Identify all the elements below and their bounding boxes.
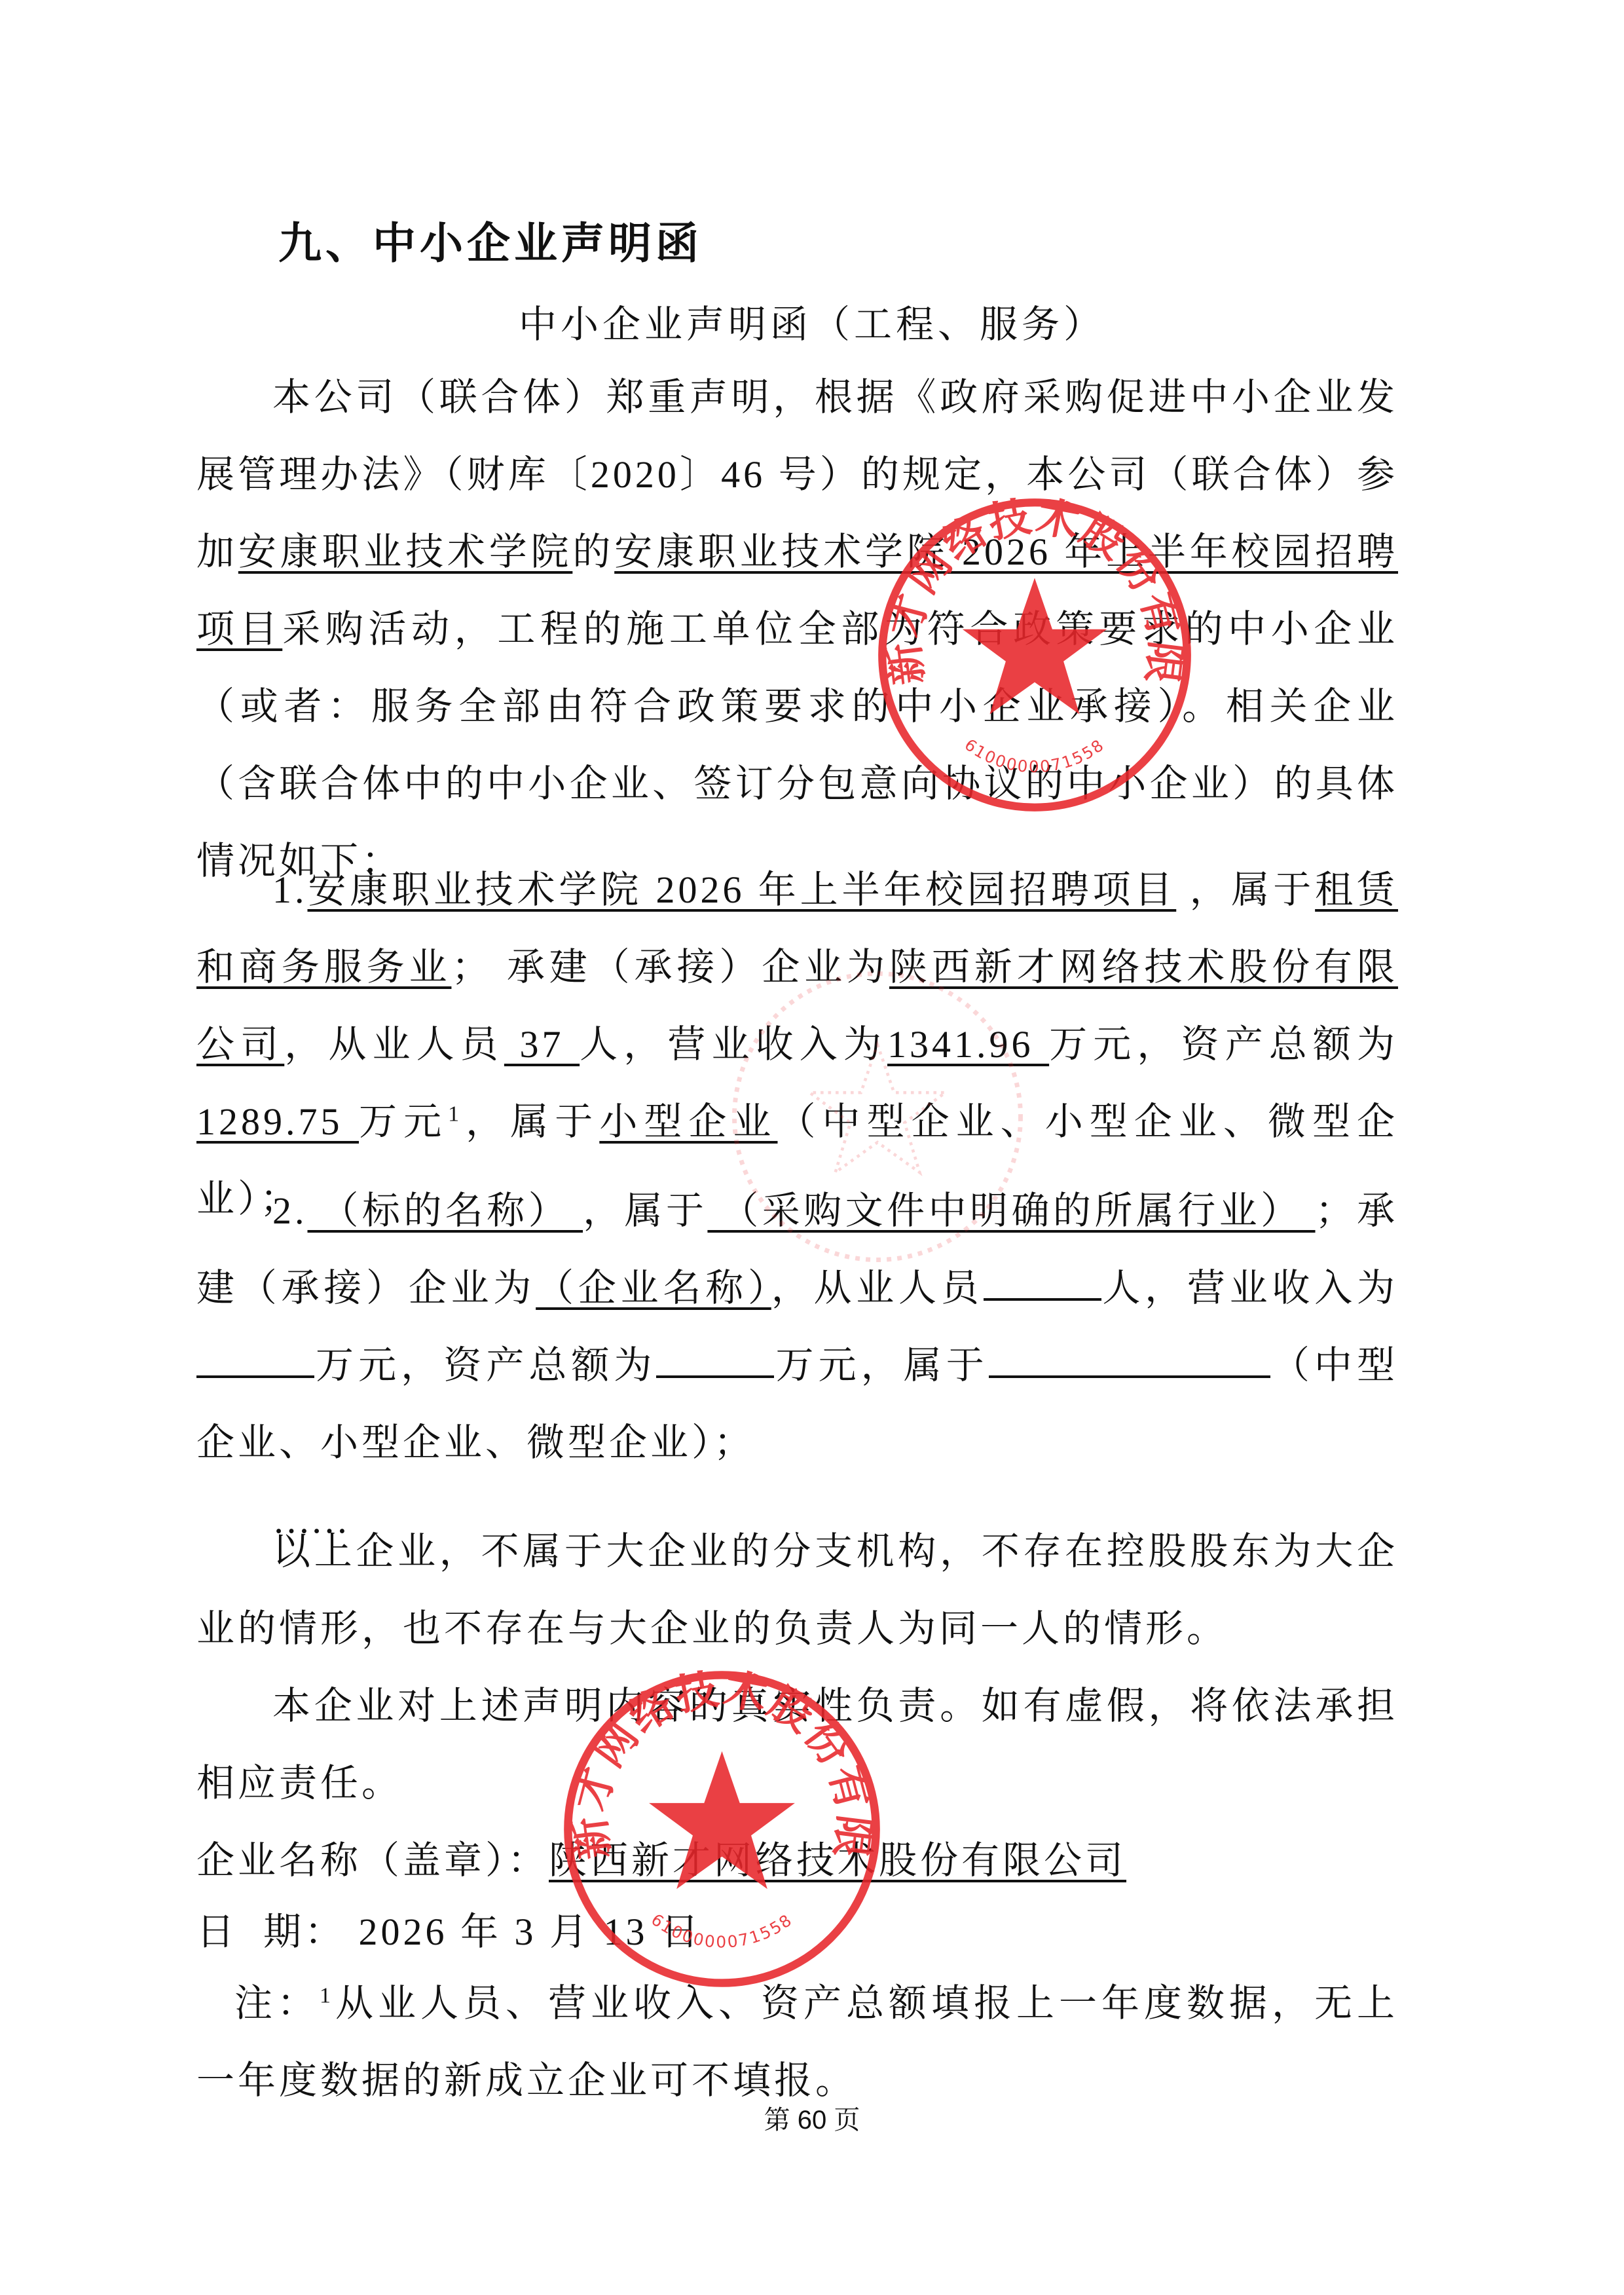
item1-text: ； 承建（承接）企业为: [451, 946, 889, 988]
revenue-blank: [196, 1344, 314, 1378]
item2-text: ，从业人员: [771, 1267, 984, 1309]
item1-assets: 1289.75: [196, 1100, 359, 1143]
item1-text: 人，营业收入为: [580, 1023, 887, 1066]
assets-blank: [656, 1344, 774, 1378]
item2-subject-placeholder: （标的名称）: [308, 1189, 583, 1232]
purchaser-name: 安康职业技术学院: [238, 531, 573, 573]
footnote-paragraph: 注：1从业人员、营业收入、资产总额填报上一年度数据，无上一年度数据的新成立企业可…: [196, 1965, 1398, 2119]
item2-text: 人，营业收入为: [1101, 1267, 1398, 1309]
item1-subject: 安康职业技术学院 2026 年上半年校园招聘项目: [308, 868, 1177, 911]
date-line: 日 期： 2026 年 3 月 13 日: [196, 1899, 1398, 1965]
date-value: 2026 年 3 月 13 日: [346, 1911, 702, 1953]
company-signature-line: 企业名称（盖章）：陕西新才网络技术股份有限公司: [196, 1822, 1398, 1899]
item2-industry-placeholder: （采购文件中明确的所属行业）: [707, 1189, 1315, 1232]
statement-block: 以上企业，不属于大企业的分支机构，不存在控股股东为大企业的情形，也不存在与大企业…: [196, 1513, 1398, 2119]
intro-text-3: 采购活动，工程的施工单位全部为符合政策要求的中小企业（或者：服务全部由符合政策要…: [196, 608, 1398, 882]
note-text: 从业人员、营业收入、资产总额填报上一年度数据，无上一年度数据的新成立企业可不填报…: [196, 1982, 1398, 2102]
note-label: 注：: [234, 1982, 320, 2024]
footnote-mark: 1: [448, 1102, 462, 1127]
not-branch-paragraph: 以上企业，不属于大企业的分支机构，不存在控股股东为大企业的情形，也不存在与大企业…: [196, 1513, 1398, 1668]
intro-text-2: 的: [572, 531, 614, 573]
item2-text: ，属于: [583, 1189, 707, 1232]
item1-number: 1.: [272, 868, 308, 911]
section-heading: 九、中小企业声明函: [278, 208, 703, 271]
item2-text: 万元，资产总额为: [314, 1344, 656, 1387]
item1-enterprise-size: 小型企业: [599, 1100, 777, 1143]
page-number: 第 60 页: [0, 2099, 1624, 2136]
item1-text: 万元，资产总额为: [1049, 1023, 1398, 1066]
company-signature-value: 陕西新才网络技术股份有限公司: [549, 1839, 1126, 1882]
date-label: 日 期：: [196, 1911, 346, 1953]
item1-employees: 37: [504, 1023, 580, 1066]
item1-text: 万元: [359, 1100, 448, 1143]
employees-blank: [984, 1267, 1101, 1301]
item2-company-placeholder: （企业名称）: [536, 1267, 771, 1309]
note-mark: 1: [320, 1984, 334, 2008]
company-label: 企业名称（盖章）：: [196, 1839, 549, 1882]
item1-text: ，属于: [1176, 868, 1315, 911]
document-page: 九、中小企业声明函 中小企业声明函（工程、服务） 本公司（联合体）郑重声明，根据…: [0, 0, 1624, 2295]
responsibility-paragraph: 本企业对上述声明内容的真实性负责。如有虚假，将依法承担相应责任。: [196, 1668, 1398, 1822]
intro-paragraph: 本公司（联合体）郑重声明，根据《政府采购促进中小企业发展管理办法》（财库〔202…: [196, 359, 1398, 900]
item1-revenue: 1341.96: [887, 1023, 1049, 1066]
enterprise-size-blank: [989, 1344, 1270, 1378]
item1-text: ，从业人员: [284, 1023, 504, 1066]
item2-number: 2.: [272, 1189, 308, 1232]
enterprise-item-2: 2. （标的名称） ，属于 （采购文件中明确的所属行业） ；承建（承接）企业为（…: [196, 1172, 1398, 1559]
item1-text: ，属于: [462, 1100, 599, 1143]
item2-text: 万元，属于: [774, 1344, 988, 1387]
document-title: 中小企业声明函（工程、服务）: [0, 293, 1624, 348]
